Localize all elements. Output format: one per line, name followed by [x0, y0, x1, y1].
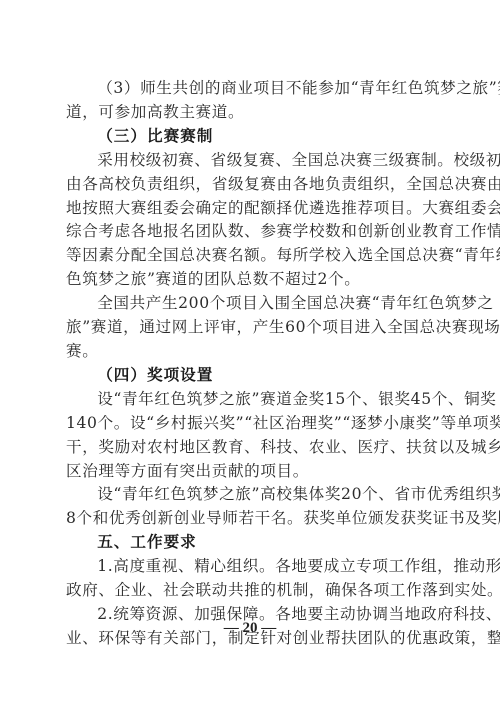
- text-line: 设“青年红色筑梦之旅”赛道金奖15个、银奖45个、铜奖: [66, 388, 437, 412]
- text-line: 设“青年红色筑梦之旅”高校集体奖20个、省市优秀组织奖: [66, 483, 437, 507]
- section-heading-competition-format: （三）比赛赛制: [66, 125, 437, 149]
- paragraph-awards: 设“青年红色筑梦之旅”赛道金奖15个、银奖45个、铜奖 140个。设“乡村振兴奖…: [66, 388, 437, 484]
- text-line: 旅”赛道，通过网上评审，产生60个项目进入全国总决赛现场比: [35, 316, 437, 340]
- text-line: 1.高度重视、精心组织。各地要成立专项工作组，推动形成: [66, 555, 437, 579]
- text-line: 由各高校负责组织，省级复赛由各地负责组织，全国总决赛由各: [35, 173, 437, 197]
- section-heading-awards: （四）奖项设置: [66, 364, 437, 388]
- text-line: 采用校级初赛、省级复赛、全国总决赛三级赛制。校级初赛: [66, 149, 437, 173]
- text-line: 干，奖励对农村地区教育、科技、农业、医疗、扶贫以及城乡社: [35, 436, 437, 460]
- text-line: 道，可参加高教主赛道。: [35, 101, 437, 125]
- paragraph-collective-awards: 设“青年红色筑梦之旅”高校集体奖20个、省市优秀组织奖 8个和优秀创新创业导师若…: [66, 483, 437, 531]
- text-line: 综合考虑各地报名团队数、参赛学校数和创新创业教育工作情况: [35, 220, 437, 244]
- paragraph-commercial-projects: （3）师生共创的商业项目不能参加“青年红色筑梦之旅”赛 道，可参加高教主赛道。: [66, 77, 437, 125]
- page-number: — 20 —: [0, 620, 500, 637]
- text-line: （3）师生共创的商业项目不能参加“青年红色筑梦之旅”赛: [66, 77, 437, 101]
- paragraph-finalists: 全国共产生200个项目入围全国总决赛“青年红色筑梦之 旅”赛道，通过网上评审，产…: [66, 292, 437, 364]
- paragraph-competition-format: 采用校级初赛、省级复赛、全国总决赛三级赛制。校级初赛 由各高校负责组织，省级复赛…: [66, 149, 437, 292]
- text-line: 8个和优秀创新创业导师若干名。获奖单位颁发获奖证书及奖牌。: [35, 507, 437, 531]
- document-body: （3）师生共创的商业项目不能参加“青年红色筑梦之旅”赛 道，可参加高教主赛道。 …: [66, 77, 437, 651]
- text-line: 等因素分配全国总决赛名额。每所学校入选全国总决赛“青年红: [35, 244, 437, 268]
- text-line: 色筑梦之旅”赛道的团队总数不超过2个。: [35, 268, 437, 292]
- text-line: 全国共产生200个项目入围全国总决赛“青年红色筑梦之: [66, 292, 437, 316]
- text-line: 区治理等方面有突出贡献的项目。: [35, 460, 437, 484]
- section-heading-work-requirements: 五、工作要求: [66, 531, 437, 555]
- text-line: 赛。: [35, 340, 437, 364]
- text-line: 地按照大赛组委会确定的配额择优遴选推荐项目。大赛组委会将: [35, 197, 437, 221]
- text-line: 140个。设“乡村振兴奖”“社区治理奖”“逐梦小康奖”等单项奖若: [35, 412, 437, 436]
- document-page: （3）师生共创的商业项目不能参加“青年红色筑梦之旅”赛 道，可参加高教主赛道。 …: [0, 0, 500, 707]
- text-line: 政府、企业、社会联动共推的机制，确保各项工作落到实处。: [35, 579, 437, 603]
- paragraph-requirement-1: 1.高度重视、精心组织。各地要成立专项工作组，推动形成 政府、企业、社会联动共推…: [66, 555, 437, 603]
